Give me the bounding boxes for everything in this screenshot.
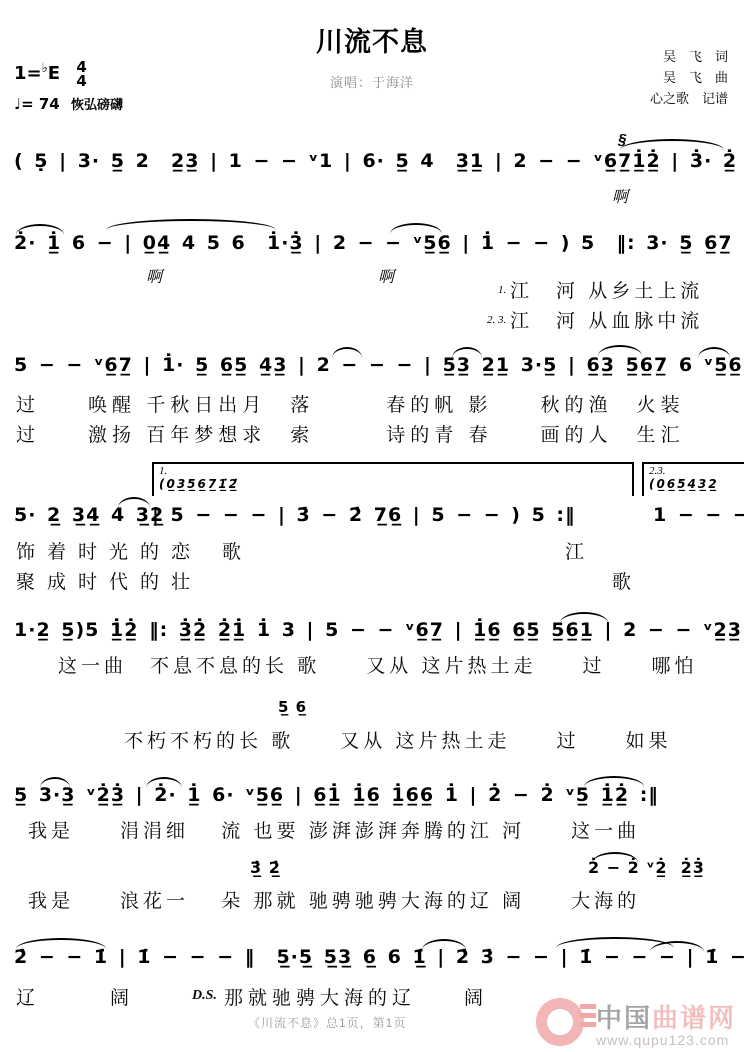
lyrics-line-6-verse1: 我是 涓涓细 流 也要 澎湃澎湃奔腾的江 河 这一曲 [28,816,640,843]
lyrics-line-7-rest: 那就驰骋大海的辽 阔 [224,983,488,1010]
volta-2-notes: (0̲6̲5̲4̲3̲2̲ [649,477,719,491]
notation-line-1: ( 5̣ | 3· 5̲ 2 2̲3̲ | 1 − − ᵛ1 | 6· 5̲ 4… [14,150,744,172]
logo-brand-text: 中国曲谱网 [596,998,736,1035]
page-title: 川流不息 [0,20,744,59]
ds-marking: D.S. [192,988,217,1004]
logo-ring-icon [536,998,584,1046]
lyrics-line-4-verse1-jiang: 江 [565,537,589,564]
tempo-marking: ♩= 74 恢弘磅礴 [14,94,123,113]
lyrics-line-7-kuo: 阔 [110,983,134,1010]
lyrics-line-7-liao: 辽 [16,983,40,1010]
verse-2-3-label: 2. 3. [487,314,506,326]
verse-1-label: 1. [498,284,506,296]
volta-bracket-1: 1. (0̲3̲5̲6̲7̲1̲̇2̲̇ [152,462,634,496]
notation-line-4-right: 1 − − − | [653,504,744,526]
volta-1-notes: (0̲3̲5̲6̲7̲1̲̇2̲̇ [159,477,239,491]
performer-label: 演唱：于海洋 [0,72,744,91]
music-sheet-page: 川流不息 演唱：于海洋 吴 飞 词 吴 飞 曲 心之歌 记谱 1=♭E 4 4 … [0,0,744,1052]
key-prefix: 1= [14,63,42,84]
notation-line-7: 2̇ − − 1̇ | 1̇ − − − ‖ 5̲·5̲ 5̲3̲ 6̲ 6 1… [14,946,744,968]
lyrics-line-4-verse2-left: 聚成时代的壮 [16,567,202,594]
lyrics-line-4-verse2-ge: 歌 [612,567,636,594]
meter-bottom: 4 [76,72,86,90]
logo-bars-icon [580,1004,596,1031]
notation-line-3: 5 − − ᵛ6̲7̲ | 1̇· 5̲ 6̲5̲ 4̲3̲ | 2 − − −… [14,354,744,376]
notation-line-2: 2̇· 1̲̇ 6 − | 0̲4̲ 4 5 6 1̇·3̲̇ | 2 − − … [14,232,744,254]
verse-1-lyrics: 江 河 从乡土上流 [510,276,703,303]
credits-block: 吴 飞 词 吴 飞 曲 心之歌 记谱 [650,46,728,109]
credit-composer: 吴 飞 曲 [650,67,728,88]
lyrics-line-5-verse1: 这一曲 不息不息的长 歌 又从 这片热土走 过 哪怕 [58,651,698,678]
verse-2-3-lyrics: 江 河 从血脉中流 [510,306,703,333]
notation-line-5: 1·2̲ 5̲)5 1̲̇2̲̇ ‖: 3̲̇2̲̇ 2̲̇1̲̇ 1̇ 3 |… [14,619,744,641]
lyrics-line-5-verse2: 不朽不朽的长 歌 又从 这片热土走 过 如果 [124,726,672,753]
alt-notes-3-2: 3̲̇ 2̲̇ [250,858,281,877]
slur-arc [620,139,724,150]
lyrics-line-3-verse1: 过 唤醒 千秋日出月 落 春的帆 影 秋的渔 火装 [16,390,685,417]
lyric-ah-2: 啊 [146,264,162,287]
volta-2-label: 2.3. [649,465,666,477]
tempo-description: 恢弘磅礴 [71,98,123,113]
lyrics-line-6-verse2: 我是 浪花一 朵 那就 驰骋驰骋大海的辽 阔 大海的 [28,886,640,913]
notation-line-6: 5̲ 3·3̲ ᵛ2̲̇3̲̇ | 2̇· 1̲̇ 6· ᵛ5̲6̲ | 6̲1… [14,784,659,806]
lyric-ah-1: 啊 [612,184,628,207]
notation-line-4-left: 5· 2̲ 3̲4̲ 4 3̲2̲ [14,504,164,526]
notation-line-4-middle: | 5 − − − | 3̇ − 2̇ 7̲6̲ | 5 − − ) 5 :‖ [152,504,576,526]
lyrics-line-4-verse1-left: 饰着时光的恋 [16,537,202,564]
alt-notes-2-2-23: 2̇ − 2̇ ᵛ2̲̇ 2̲̇3̲̇ [588,858,705,877]
time-signature: 4 4 [76,60,86,88]
slur-arc [106,219,276,230]
key-letter: E [48,63,60,84]
key-signature: 1=♭E 4 4 [14,60,87,88]
credit-transcriber: 心之歌 记谱 [650,88,728,109]
logo-brand-light: 曲谱网 [652,1003,736,1033]
lyric-ah-3: 啊 [378,264,394,287]
logo-brand-dark: 中国 [596,1003,652,1033]
lyrics-line-4-verse1-ge: 歌 [222,537,246,564]
lyrics-line-3-verse2: 过 激扬 百年梦想求 索 诗的青 春 画的人 生汇 [16,420,685,447]
alt-notes-5-6: 5̲ 6̲ [278,698,307,716]
logo-url: www.qupu123.com [596,1032,729,1048]
volta-1-label: 1. [159,465,167,477]
volta-bracket-2: 2.3. (0̲6̲5̲4̲3̲2̲ [642,462,744,496]
page-footer-info: 《川流不息》总1页，第1页 [248,1014,406,1031]
credit-lyricist: 吴 飞 词 [650,46,728,67]
tempo-value: = 74 [21,95,60,113]
qupu123-watermark-logo: 中国曲谱网 www.qupu123.com [534,996,744,1052]
